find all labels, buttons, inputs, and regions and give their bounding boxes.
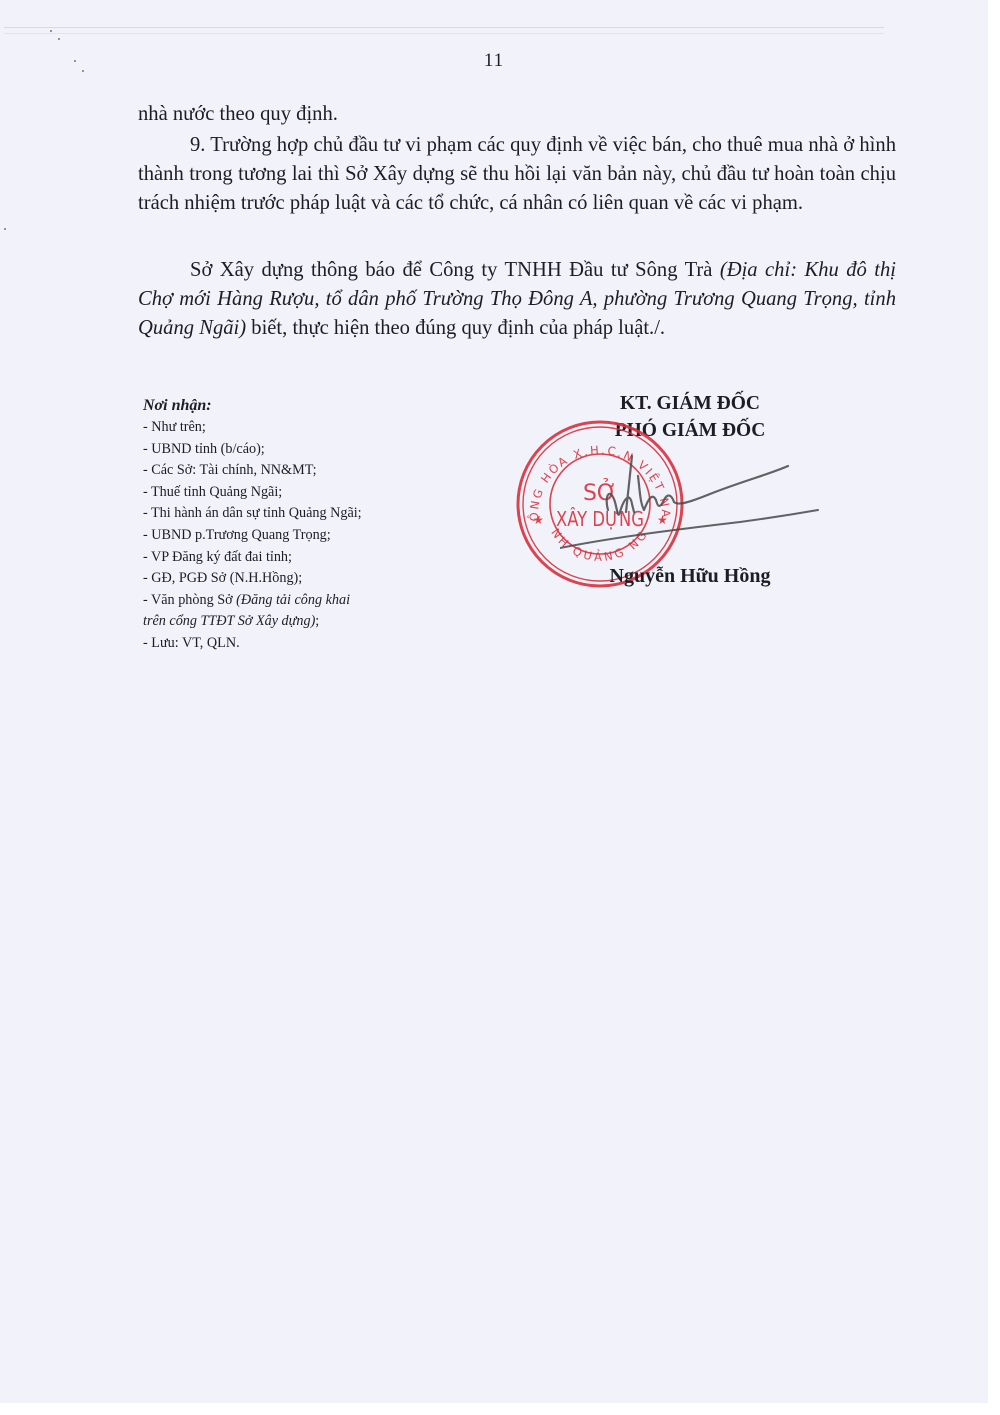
recipients-heading: Nơi nhận:	[143, 396, 463, 416]
scan-speck	[4, 228, 6, 230]
scan-speck	[50, 30, 52, 32]
recipients-block: Nơi nhận: - Như trên; - UBND tỉnh (b/cáo…	[143, 396, 463, 655]
notice-suffix: biết, thực hiện theo đúng quy định của p…	[246, 317, 665, 339]
recipient-item-office-cont: trên cổng TTĐT Sở Xây dựng);	[143, 611, 463, 633]
signature-title-line1: KT. GIÁM ĐỐC	[560, 390, 820, 417]
recipient-item-archive: - Lưu: VT, QLN.	[143, 633, 463, 655]
recipient-item: - UBND p.Trương Quang Trọng;	[143, 525, 463, 547]
recipient-item: - Thuế tỉnh Quảng Ngãi;	[143, 482, 463, 504]
paragraph-notice: Sở Xây dựng thông báo để Công ty TNHH Đầ…	[138, 256, 896, 343]
scan-artifact-line	[4, 33, 884, 34]
scan-artifact-line	[4, 27, 884, 28]
recipient-item: - GĐ, PGĐ Sở (N.H.Hồng);	[143, 568, 463, 590]
recipient-item: - Thi hành án dân sự tỉnh Quảng Ngãi;	[143, 503, 463, 525]
office-item-prefix: - Văn phòng Sở	[143, 592, 236, 608]
paragraph-item-9: 9. Trường hợp chủ đầu tư vi phạm các quy…	[138, 131, 896, 218]
item-9-text: 9. Trường hợp chủ đầu tư vi phạm các quy…	[138, 131, 896, 218]
scanned-page: 11 nhà nước theo quy định. 9. Trường hợp…	[0, 0, 988, 1403]
office-item-note: (Đăng tải công khai	[236, 592, 350, 608]
recipient-item: - Như trên;	[143, 417, 463, 439]
recipient-item: - Các Sở: Tài chính, NN&MT;	[143, 460, 463, 482]
office-item-suffix: ;	[315, 613, 319, 629]
page-number: 11	[0, 50, 988, 72]
recipient-item-office: - Văn phòng Sở (Đăng tải công khai	[143, 590, 463, 612]
handwritten-signature-icon	[560, 452, 820, 552]
notice-text: Sở Xây dựng thông báo để Công ty TNHH Đầ…	[138, 256, 896, 343]
office-item-note-cont: trên cổng TTĐT Sở Xây dựng)	[143, 613, 315, 629]
recipient-item: - UBND tỉnh (b/cáo);	[143, 439, 463, 461]
paragraph-continuation: nhà nước theo quy định.	[138, 100, 896, 129]
continuation-text: nhà nước theo quy định.	[138, 100, 896, 129]
recipient-item: - VP Đăng ký đất đai tỉnh;	[143, 547, 463, 569]
svg-text:★: ★	[533, 513, 544, 527]
notice-prefix: Sở Xây dựng thông báo để Công ty TNHH Đầ…	[190, 259, 720, 281]
signer-name: Nguyễn Hữu Hồng	[560, 565, 820, 588]
scan-speck	[58, 38, 60, 40]
